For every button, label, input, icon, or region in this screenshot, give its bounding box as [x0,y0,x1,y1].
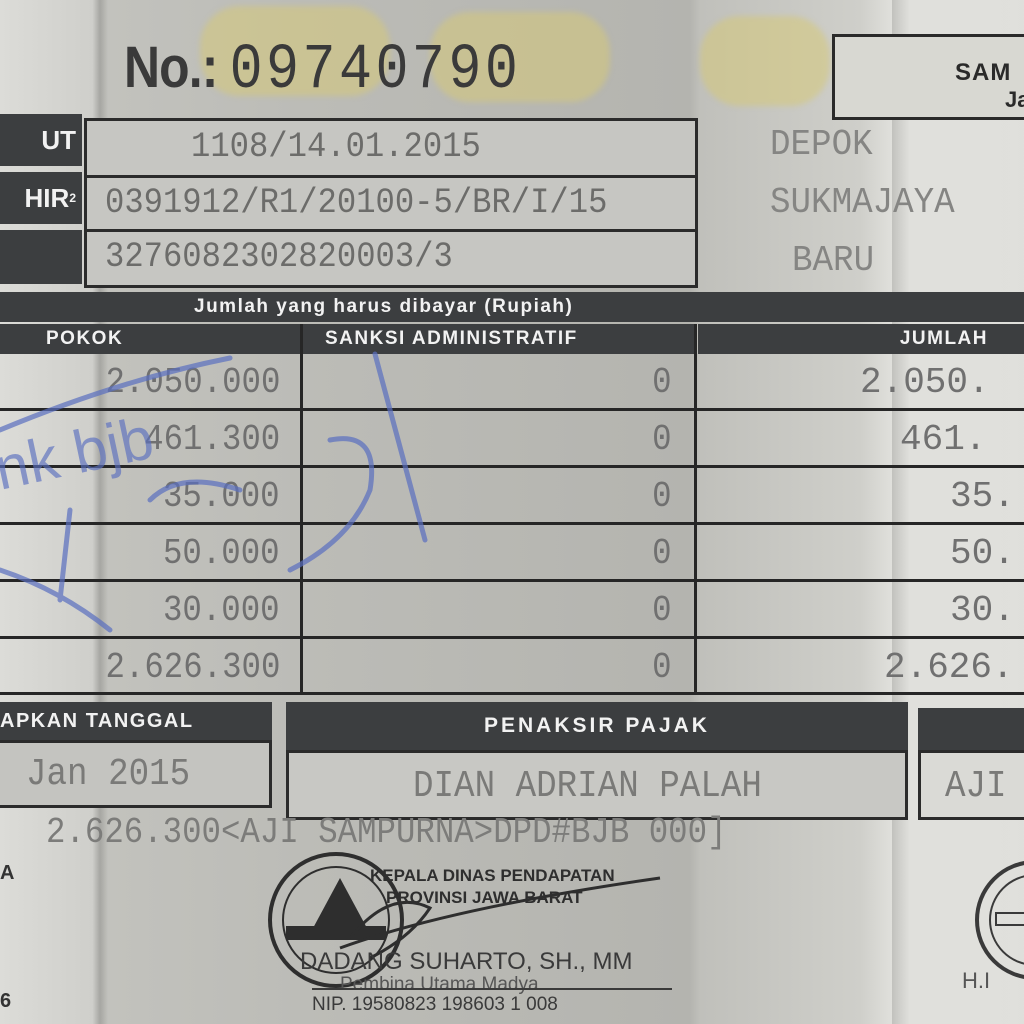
jumlah-cell: 35. [950,468,1015,525]
third-label [918,708,1024,750]
divider [0,692,1024,695]
header-box-line1: SAM [955,59,1011,87]
pokok-total-cell: 2.626.300 [0,639,280,696]
amount-section-title-text: Jumlah yang harus dibayar (Rupiah) [194,296,573,318]
table-row: 30.000 0 30. [0,582,1024,639]
registration-date-code: 1108/14.01.2015 [191,127,481,167]
label-row-2: HIR2 [0,172,82,224]
date-label: APKAN TANGGAL [0,702,272,740]
table-row: 461.300 0 461. [0,411,1024,468]
jumlah-cell: 50. [950,525,1015,582]
assessor-label: PENAKSIR PAJAK [286,702,908,750]
right-signatory: H.I [962,968,990,994]
location-district: SUKMAJAYA [770,182,955,223]
jumlah-cell: 2.050. [860,354,990,411]
location-village: BARU [792,240,874,281]
serial-number: No.:09740790 [124,28,521,107]
side-mark: A [0,862,14,885]
label-row-1: UT [0,114,82,166]
third-value: AJI [945,765,1007,808]
column-header-text: POKOK [46,328,123,350]
column-divider [300,324,303,694]
date-label-prefix: APKAN [0,710,79,733]
sanksi-cell: 0 [300,354,672,411]
jumlah-total-cell: 2.626. [884,639,1014,696]
jumlah-cell: 461. [900,411,986,468]
header-box-line2: Ja [1005,87,1024,113]
date-label-text: TANGGAL [86,710,194,733]
pokok-cell: 30.000 [0,582,280,639]
pokok-cell: 50.000 [0,525,280,582]
third-box: AJI [918,750,1024,820]
column-divider [694,324,697,694]
assessor-name: DIAN ADRIAN PALAH [413,765,762,808]
amount-section-title: Jumlah yang harus dibayar (Rupiah) [0,292,1024,322]
date-value: Jan 2015 [26,753,190,796]
column-header-jumlah: JUMLAH [698,324,1024,354]
side-mark: 6 [0,990,11,1013]
reference-number: 0391912/R1/20100-5/BR/I/15 [105,183,607,223]
assessor-label-text: PENAKSIR PAJAK [484,714,710,738]
divider [87,175,695,178]
pokok-cell: 35.000 [0,468,280,525]
sanksi-cell: 0 [300,411,672,468]
signatory-nip: NIP. 19580823 198603 1 008 [312,994,558,1016]
label-row-3 [0,230,82,284]
signatory-rank: Pembina Utama Madya [340,974,539,996]
table-row-total: 2.626.300 0 2.626. [0,639,1024,696]
serial-prefix: No.: [124,35,218,100]
identity-box: 1108/14.01.2015 0391912/R1/20100-5/BR/I/… [84,118,698,288]
jumlah-cell: 30. [950,582,1015,639]
assessor-box: DIAN ADRIAN PALAH [286,750,908,820]
signatory-name: DADANG SUHARTO, SH., MM [300,948,632,976]
serial-value: 09740790 [230,35,522,107]
table-row: 50.000 0 50. [0,525,1024,582]
divider [87,229,695,232]
column-header-pokok: POKOK [0,324,300,354]
security-pattern [700,16,830,106]
header-box-right: SAM Ja [832,34,1024,120]
sanksi-cell: 0 [300,468,672,525]
signature-underline [312,988,672,990]
location-city: DEPOK [770,124,873,165]
label-text: UT [41,125,76,156]
pokok-cell: 461.300 [0,411,280,468]
table-row: 35.000 0 35. [0,468,1024,525]
column-header-sanksi: SANKSI ADMINISTRATIF [303,324,695,354]
sanksi-cell: 0 [300,582,672,639]
id-number: 3276082302820003/3 [105,237,453,277]
label-text: HIR [25,183,70,214]
payment-validation-line: 2.626.300<AJI SAMPURNA>DPD#BJB 000] [46,812,727,853]
amount-table: 2.050.000 0 2.050. 461.300 0 461. 35.000… [0,354,1024,694]
column-header-text: JUMLAH [900,328,988,350]
sanksi-total-cell: 0 [300,639,672,696]
sanksi-cell: 0 [300,525,672,582]
table-row: 2.050.000 0 2.050. [0,354,1024,411]
date-box: Jan 2015 [0,740,272,808]
column-header-text: SANKSI ADMINISTRATIF [325,328,578,350]
pokok-cell: 2.050.000 [0,354,280,411]
